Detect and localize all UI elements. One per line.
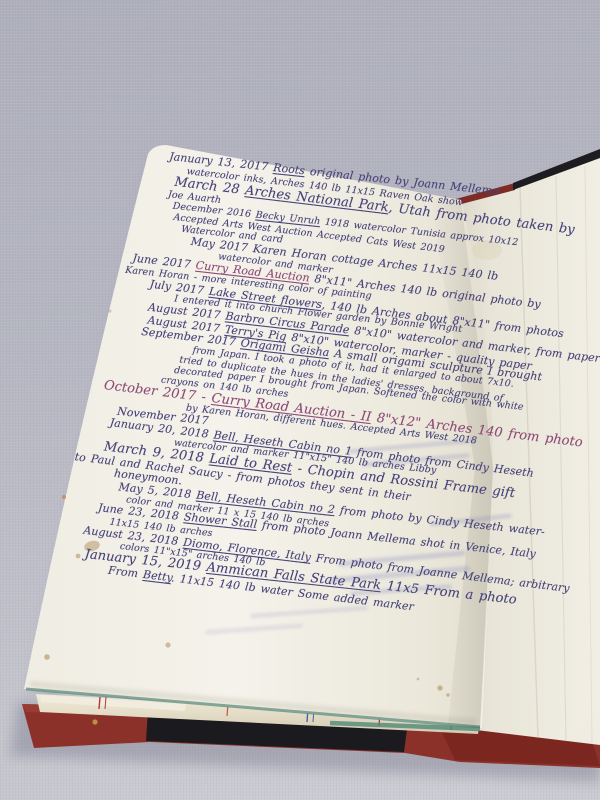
cover-corner-glint (92, 719, 97, 724)
handwriting-lines: January 13, 2017 Roots original photo by… (121, 151, 513, 618)
entry-title: Roots (273, 161, 306, 177)
entry-title: Betty (142, 568, 172, 584)
photo-of-open-journal: January 13, 2017 Roots original photo by… (0, 0, 600, 800)
